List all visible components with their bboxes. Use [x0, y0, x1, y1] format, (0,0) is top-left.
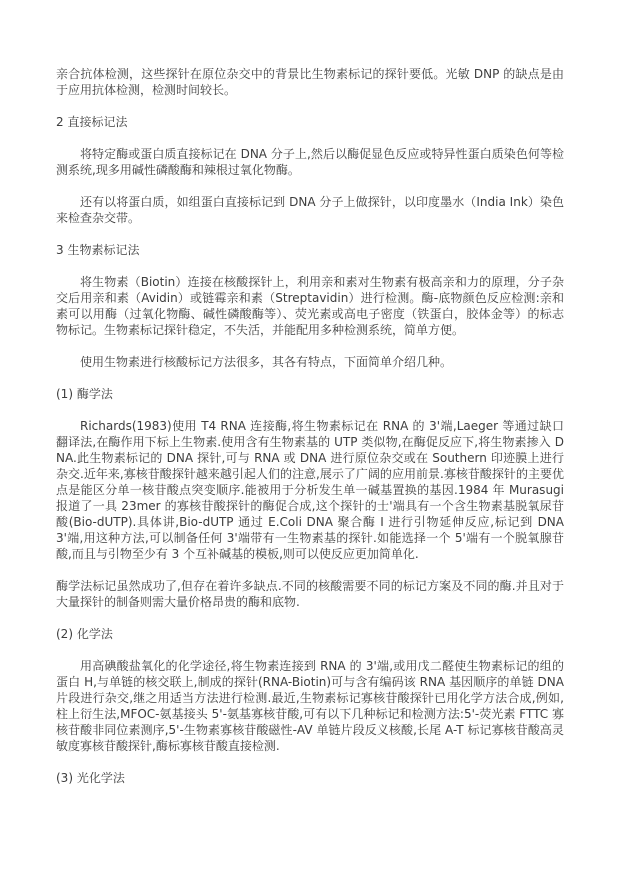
document-page: 亲合抗体检测，这些探针在原位杂交中的背景比生物素标记的探针要低。光敏 DNP 的…: [0, 0, 620, 877]
paragraph-chemical-method: 用高碘酸盐氧化的化学途径,将生物素连接到 RNA 的 3'端,或用戊二醛使生物素…: [56, 658, 564, 754]
paragraph-histone-india-ink: 还有以将蛋白质，如组蛋白直接标记到 DNA 分子上做探针，以印度墨水（India…: [56, 194, 564, 226]
paragraph-biotin-methods-intro: 使用生物素进行核酸标记方法很多，其各有特点，下面简单介绍几种。: [56, 354, 564, 370]
paragraph-direct-enzyme-labeling: 将特定酶或蛋白质直接标记在 DNA 分子上,然后以酶促显色反应或特异性蛋白质染色…: [56, 146, 564, 178]
paragraph-enzymatic-drawbacks: 酶学法标记虽然成功了,但存在着许多缺点.不同的核酸需要不同的标记方案及不同的酶.…: [56, 578, 564, 610]
heading-method-3-photochemical: (3) 光化学法: [56, 770, 564, 786]
paragraph-biotin-avidin-principle: 将生物素（Biotin）连接在核酸探针上，利用亲和素对生物素有极高亲和力的原理，…: [56, 274, 564, 338]
paragraph-enzymatic-method: Richards(1983)使用 T4 RNA 连接酶,将生物素标记在 RNA …: [56, 418, 564, 562]
paragraph-intro-photosensitive-dnp: 亲合抗体检测，这些探针在原位杂交中的背景比生物素标记的探针要低。光敏 DNP 的…: [56, 66, 564, 98]
heading-section-2-direct-labeling: 2 直接标记法: [56, 114, 564, 130]
heading-method-2-chemical: (2) 化学法: [56, 626, 564, 642]
heading-method-1-enzymatic: (1) 酶学法: [56, 386, 564, 402]
heading-section-3-biotin-labeling: 3 生物素标记法: [56, 242, 564, 258]
